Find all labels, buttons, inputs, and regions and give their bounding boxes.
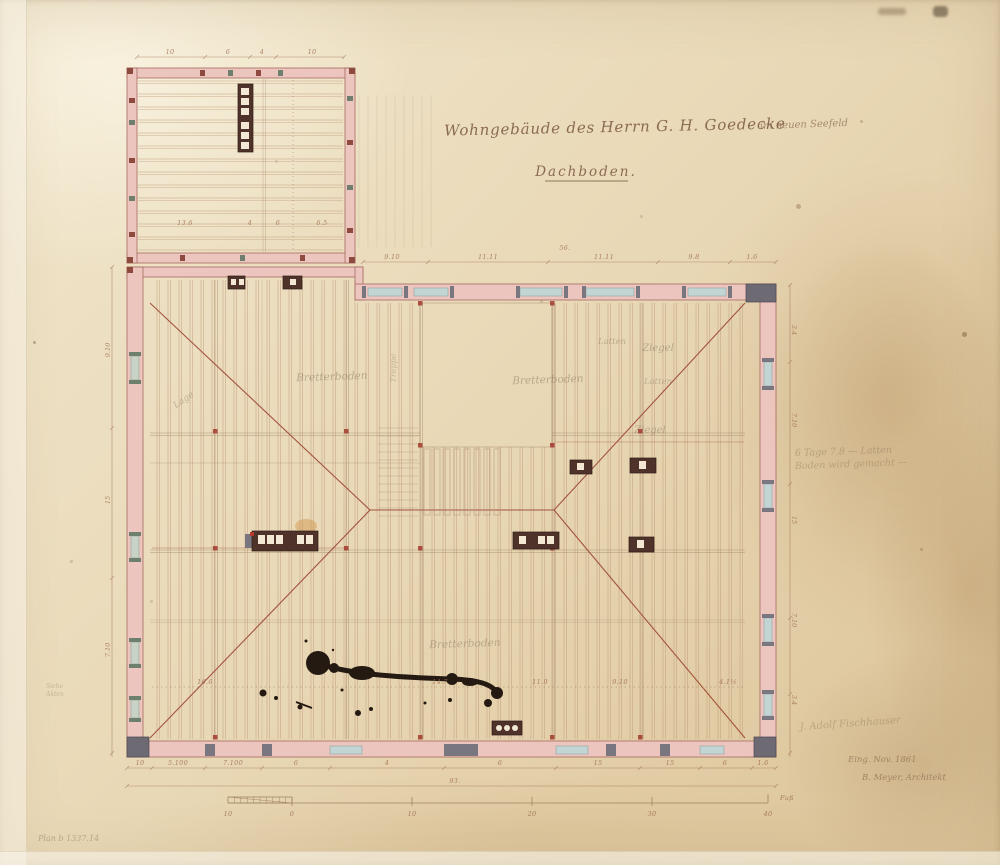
inner-dim: 14.7: [432, 678, 448, 686]
room-label: Ziegel: [633, 425, 666, 436]
annex-inner-dim: 13.6: [177, 219, 193, 227]
main-bottom-dim: 6: [294, 759, 298, 767]
scale-unit-label: Fuß: [779, 794, 794, 802]
main-top-dim: 1.6: [746, 253, 757, 261]
inner-dim: 16.6: [197, 678, 213, 686]
left-dim: 9.10: [104, 343, 112, 357]
inner-dim: 11.9: [532, 678, 548, 686]
right-dim: 3.4: [790, 695, 798, 705]
scanned-plan-sheet: 10 6 4 10 13.6 4 6 6.5: [0, 0, 1000, 865]
annex-dim: 10: [166, 48, 175, 56]
scale-tick: 10: [408, 810, 417, 818]
main-bottom-dim: 15: [666, 759, 675, 767]
annex-plan: 10 6 4 10 13.6 4 6 6.5: [127, 48, 355, 263]
annex-inner-dim: 6.5: [316, 219, 327, 227]
plan-title-suffix: im neuen Seefeld: [760, 118, 848, 132]
scale-tick: 10: [224, 810, 233, 818]
builder-note: J. Adolf Fischhauser: [797, 715, 902, 733]
annex-dim: 4: [259, 48, 264, 56]
room-label: Bretterboden: [511, 373, 584, 388]
left-dim: 15: [104, 496, 112, 504]
scale-tick: 20: [527, 810, 537, 818]
plan-subtitle: Dachboden.: [534, 164, 637, 180]
scale-tick: 40: [763, 810, 773, 818]
room-label: Bretterboden: [295, 370, 368, 385]
room-label: Latten: [597, 337, 626, 347]
main-bottom-dim: 15: [594, 759, 603, 767]
main-bottom-dim: 10: [136, 759, 145, 767]
annex-inner-dim: 6: [276, 219, 280, 227]
plan-title: Wohngebäude des Herrn G. H. Goedecke: [444, 114, 786, 139]
main-bottom-dim: 4: [384, 759, 389, 767]
annex-inner-dim: 4: [247, 219, 252, 227]
paper-stain: [770, 250, 1000, 580]
architect-signature: B. Meyer, Architekt: [861, 773, 947, 783]
main-top-dim: 9.10: [384, 253, 400, 261]
main-bottom-dim: 7.100: [223, 759, 243, 767]
main-bottom-dim: 6: [498, 759, 502, 767]
main-bottom-total-dim: 93.: [449, 777, 460, 785]
left-dim: 7.10: [104, 643, 112, 657]
margin-note-line1: Siehe: [46, 683, 63, 690]
margin-note-line2: Akten: [45, 691, 64, 698]
annex-dim: 10: [308, 48, 317, 56]
main-plan: 9.10 11.11 11.11 9.8 1.6 56. 10 5.100 7.…: [104, 244, 798, 788]
right-dim: 7.10: [790, 613, 798, 627]
archive-reference: Plan b 1337.14: [37, 834, 99, 843]
annex-chimney: [238, 84, 253, 152]
main-top-dim: 11.11: [478, 253, 498, 261]
scale-tick: 0: [290, 810, 294, 818]
room-label: Bretterboden: [428, 637, 501, 652]
main-top-total-dim: 56.: [559, 244, 570, 252]
main-bottom-dim: 6: [723, 759, 727, 767]
main-top-dim: 9.8: [688, 253, 699, 261]
room-label: Latten: [643, 377, 672, 387]
annex-dim: 6: [226, 48, 230, 56]
room-label: Ziegel: [641, 343, 674, 354]
inner-dim: 9.10: [612, 678, 628, 686]
main-bottom-dim: 5.100: [168, 759, 188, 767]
room-label: Treppe: [389, 353, 398, 382]
main-top-dim: 11.11: [594, 253, 614, 261]
date-note: Eing. Nov. 1861: [847, 755, 917, 765]
scale-tick: 30: [648, 810, 657, 818]
scale-bar: 10 0 10 20 30 40 Fuß: [224, 794, 794, 818]
main-bottom-dim: 1.6: [757, 759, 768, 767]
inner-dim: 4.1½: [718, 678, 737, 686]
